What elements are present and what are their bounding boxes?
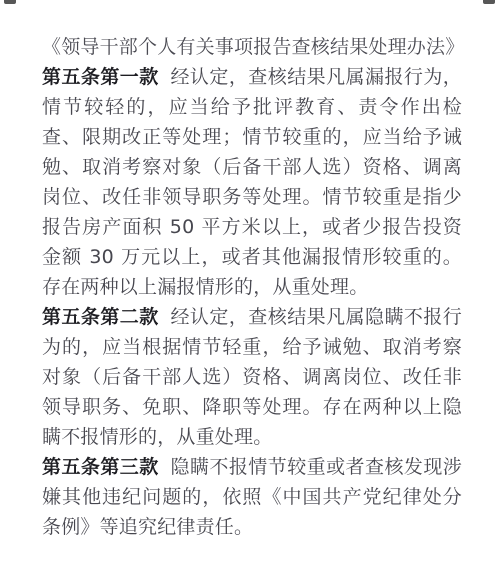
top-left-crop-artifact	[4, 0, 16, 4]
clause-paragraph: 第五条第一款经认定，查核结果凡属漏报行为，情节较轻的，应当给予批评教育、责令作出…	[42, 62, 462, 302]
clause-label: 第五条第一款	[42, 66, 170, 88]
top-right-crop-artifact	[483, 0, 495, 4]
article-page: 《领导干部个人有关事项报告查核结果处理办法》 第五条第一款经认定，查核结果凡属漏…	[0, 0, 500, 570]
clause-text: 经认定，查核结果凡属漏报行为，情节较轻的，应当给予批评教育、责令作出检查、限期改…	[42, 66, 462, 298]
clause-label: 第五条第二款	[42, 306, 170, 328]
clause-paragraph: 第五条第三款隐瞒不报情节较重或者查核发现涉嫌其他违纪问题的，依照《中国共产党纪律…	[42, 452, 462, 542]
clause-label: 第五条第三款	[42, 456, 170, 478]
clause-paragraph: 第五条第二款经认定，查核结果凡属隐瞒不报行为的，应当根据情节轻重，给予诫勉、取消…	[42, 302, 462, 452]
paragraph-list: 第五条第一款经认定，查核结果凡属漏报行为，情节较轻的，应当给予批评教育、责令作出…	[42, 62, 462, 542]
document-title: 《领导干部个人有关事项报告查核结果处理办法》	[42, 32, 462, 62]
document-body: 《领导干部个人有关事项报告查核结果处理办法》 第五条第一款经认定，查核结果凡属漏…	[42, 32, 462, 542]
